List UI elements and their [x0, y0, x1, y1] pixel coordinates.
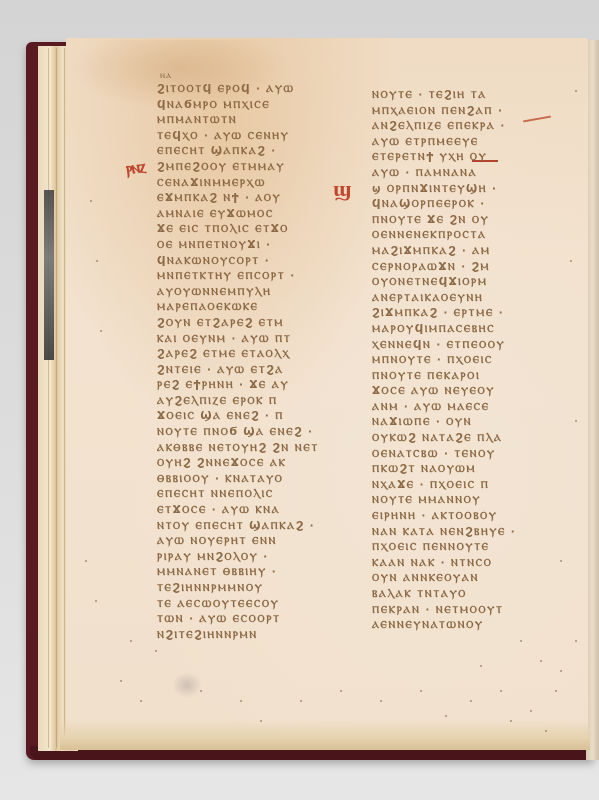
- text-line: ⲞⲈⲚⲀⲦⲤⲂⲰ · ⲦⲈⲚⲞⲨ: [372, 447, 516, 463]
- text-line: ⲘⲚⲠⲈⲦⲔⲦⲎⲨ ⲈⲠⲤⲞⲢⲦ ·: [157, 269, 319, 285]
- text-line: ϨⲀⲢⲈϨ ⲈⲦⲘⲈ ⲈⲦⲀⲞⲖⲬ: [157, 347, 319, 363]
- foxing-spot: [530, 710, 532, 712]
- text-line: ⲠⲬⲞⲈⲒⲤ ⲠⲈⲚⲚⲞⲨⲦⲈ: [372, 540, 516, 556]
- text-line: ⲀⲨⲞⲨⲰⲚⲚⲈⲘⲠⲨⲖⲎ: [157, 285, 319, 301]
- text-line: ϨⲒⲦⲞⲞⲦϤ ⲈⲢⲞϤ · ⲀⲨⲰ: [157, 82, 319, 98]
- text-line: ⲔⲀⲒ ⲞⲈⲨⲚⲘ · ⲀⲨⲰ ⲠⲦ: [157, 332, 319, 348]
- text-line: ⲚⲀϪⲒⲰⲠⲈ · ⲞⲨⲚ: [372, 415, 516, 431]
- text-line: ⲠⲔⲰϨⲦ ⲚⲀⲞⲨⲰⲘ: [372, 462, 516, 478]
- text-line: ϪⲈ ⲈⲒⲤ ⲦⲠⲞⲖⲒⲤ ⲈⲦϪⲞ: [157, 222, 319, 238]
- text-line: ⲠⲚⲞⲨⲦⲈ ⲠⲈⲔⲀⲢⲞⲒ: [372, 369, 516, 385]
- text-line: ϤⲚⲀϢⲞⲢⲠⲈⲈⲢⲞⲔ ·: [372, 197, 516, 213]
- margin-rubric-number: ⲣⲛⲍ: [125, 157, 146, 179]
- text-line: ⲞⲈⲚⲚⲈⲚⲈⲔⲠⲢⲞⲤⲦⲀ: [372, 228, 516, 244]
- foxing-spot: [470, 700, 472, 702]
- foxing-spot: [240, 700, 242, 702]
- text-line: ⲘⲠⲚⲞⲨⲦⲈ · ⲠⲬⲞⲈⲒⲤ: [372, 353, 516, 369]
- text-line: ⲦⲈ ⲀⲈⲤⲰⲞⲨⲦⲈⲈⲤⲞⲨ: [157, 597, 319, 613]
- text-line: ⲘⲘⲚⲀⲚⲈⲦ ⲐⲂⲂⲒⲎⲨ ·: [157, 565, 319, 581]
- text-line: ϣ ⲞⲢⲠⲚϪⲒⲚⲦⲈⲨϢⲎ ·: [372, 182, 516, 198]
- text-line: ⲤⲈⲚⲀϪⲒⲚⲘⲘⲈⲢⲬⲰ: [157, 176, 319, 192]
- foxing-spot: [520, 640, 522, 642]
- text-line: ⲈⲒⲢⲎⲚⲎ · ⲀⲔⲦⲞⲞⲂⲞⲨ: [372, 509, 516, 525]
- foxing-spot: [560, 560, 562, 562]
- foxing-spot: [120, 680, 122, 682]
- foxing-spot: [90, 200, 92, 202]
- text-line: ⲀⲚⲘ · ⲀⲨⲰ ⲘⲀⲈⲤⲈ: [372, 400, 516, 416]
- text-line: ⲠⲚⲞⲨⲦⲈ ϪⲈ ϨⲚ ⲞⲨ: [372, 213, 516, 229]
- text-line: ϨⲘⲠⲈϨⲞⲞⲨ ⲈⲦⲘⲘⲀⲨ: [157, 160, 319, 176]
- foxing-spot: [510, 720, 512, 722]
- foxing-spot: [155, 650, 157, 652]
- text-line: ⲚⲀⲚ ⲔⲀⲦⲀ ⲚⲈⲚϨⲂⲎⲨⲈ ·: [372, 525, 516, 541]
- text-line: ⲀⲔⲐⲂⲂⲈ ⲚⲈⲦⲞⲨⲎϨ ϨⲚ ⲚⲈⲦ: [157, 441, 319, 457]
- text-line: ϤⲚⲀⲔⲰⲚⲞⲨⲤⲞⲢⲦ ·: [157, 254, 319, 270]
- text-line: ⲞⲨⲚ ⲀⲚⲚⲔⲈⲞⲨⲀⲚ: [372, 571, 516, 587]
- text-line: ϪⲞⲤⲈ ⲀⲨⲰ ⲚⲈⲨⲈⲞⲨ: [372, 384, 516, 400]
- text-line: ⲚⲞⲨⲦⲈ ⲘⲘⲀⲚⲚⲞⲨ: [372, 493, 516, 509]
- foxing-spot: [570, 260, 572, 262]
- ink-smudge: [172, 672, 202, 698]
- text-line: ⲂⲀⲖⲀⲔ ⲦⲚⲦⲀⲨⲞ: [372, 587, 516, 603]
- text-line: ⲘⲀϨⲒϪⲘⲠⲔⲀϨ · ⲀⲘ: [372, 244, 516, 260]
- foxing-spot: [575, 640, 577, 642]
- text-column-left: ϨⲒⲦⲞⲞⲦϤ ⲈⲢⲞϤ · ⲀⲨⲰϤⲚⲀϬⲘⲢⲞ ⲘⲠⲬⲒⲤⲈⲘⲠⲘⲀⲚⲦⲰⲦ…: [157, 82, 319, 643]
- foxing-spot: [100, 330, 102, 332]
- foxing-spot: [555, 690, 557, 692]
- text-line: ϪⲞⲈⲒⲤ ϢⲀ ⲈⲚⲈϨ · Ⲡ: [157, 409, 319, 425]
- foxing-spot: [300, 700, 302, 702]
- foxing-spot: [420, 690, 422, 692]
- folio-number: ⲛⲁ: [160, 70, 172, 81]
- text-line: ⲞⲈ ⲘⲚⲠⲈⲦⲚⲞⲨϪⲒ ·: [157, 238, 319, 254]
- foxing-spot: [380, 700, 382, 702]
- foxing-spot: [575, 420, 577, 422]
- leaf-edge-line: [48, 48, 49, 748]
- decorated-initial: ϣ: [333, 176, 351, 202]
- foxing-spot: [575, 90, 577, 92]
- foxing-spot: [130, 640, 132, 642]
- leaf-edge-line: [64, 48, 65, 748]
- text-line: ⲘⲠⲬⲀⲈⲒⲞⲚ ⲠⲈⲚϨⲀⲠ ·: [372, 104, 516, 120]
- text-line: ⲚⲦⲞⲨ ⲈⲠⲈⲤⲎⲦ ϢⲀⲠⲔⲀϨ ·: [157, 519, 319, 535]
- text-line: ⲬⲈⲚⲚⲈϤⲚ · ⲈⲦⲠⲈⲞⲞⲨ: [372, 338, 516, 354]
- text-line: ⲐⲂⲂⲒⲞⲞⲨ · ⲔⲚⲀⲦⲀⲨⲞ: [157, 472, 319, 488]
- text-line: ⲞⲨⲞⲚⲈⲦⲚⲈϤϪⲒⲞⲢⲘ: [372, 275, 516, 291]
- text-line: ⲀⲚϨⲈⲖⲠⲒⲌⲈ ⲈⲠⲈⲔⲢⲀ ·: [372, 119, 516, 135]
- text-line: ϤⲚⲀϬⲘⲢⲞ ⲘⲠⲬⲒⲤⲈ: [157, 98, 319, 114]
- text-line: ⲢⲈϨ ⲈϮⲢⲎⲚⲎ · ϪⲈ ⲀⲨ: [157, 378, 319, 394]
- text-line: ⲀⲨⲰ ⲚⲞⲨⲈⲢⲎⲦ ⲈⲚⲚ: [157, 534, 319, 550]
- text-line: ⲀⲈⲚⲚⲈⲨⲚⲀⲦⲰⲚⲞⲨ: [372, 618, 516, 634]
- text-line: ϨⲞⲨⲚ ⲈⲦϨⲀⲢⲈϨ ⲈⲦⲘ: [157, 316, 319, 332]
- text-line: ⲘⲠⲘⲀⲚⲦⲰⲦⲚ: [157, 113, 319, 129]
- foxing-spot: [340, 690, 342, 692]
- foxing-spot: [500, 690, 502, 692]
- text-line: ⲚⲞⲨⲦⲈ · ⲦⲈϨⲒⲎ ⲦⲀ: [372, 88, 516, 104]
- text-line: ϨⲚⲦⲈⲒⲈ · ⲀⲨⲰ ⲈⲦϨⲀ: [157, 363, 319, 379]
- text-line: ⲤⲈⲢⲚⲞⲢⲀⲰϪⲚ · ϨⲘ: [372, 260, 516, 276]
- text-line: ⲠⲈⲔⲢⲀⲚ · ⲚⲈⲦⲘⲞⲞⲨⲦ: [372, 603, 516, 619]
- foxing-spot: [96, 260, 98, 262]
- foxing-spot: [95, 600, 97, 602]
- foxing-spot: [200, 690, 202, 692]
- text-line: ⲞⲨⲔⲰϨ ⲚⲀⲦⲀϨⲈ ⲠⲖⲀ: [372, 431, 516, 447]
- leaf-edge-line: [56, 48, 57, 748]
- text-line: ⲀⲨϨⲈⲖⲠⲒⲌⲈ ⲈⲢⲞⲔ Ⲡ: [157, 394, 319, 410]
- text-line: ⲈⲠⲈⲤⲎⲦ ⲚⲚⲈⲠⲞⲖⲒⲤ: [157, 487, 319, 503]
- text-line: ⲔⲀⲀⲚ ⲚⲀⲔ · ⲚⲦⲚⲤⲞ: [372, 556, 516, 572]
- text-line: ⲚⲞⲨⲦⲈ ⲠⲚⲞϬ ϢⲀ ⲈⲚⲈϨ ·: [157, 425, 319, 441]
- text-line: ⲦⲈϤⲬⲞ · ⲀⲨⲰ ⲤⲈⲚⲎⲨ: [157, 129, 319, 145]
- foxing-spot: [545, 730, 547, 732]
- foxing-spot: [260, 720, 262, 722]
- text-line: ⲈⲦⲈⲢⲈⲦⲚϮ ⲨⲬⲎ ⲞⲨ: [372, 150, 516, 166]
- page-bottom-edge: [60, 720, 590, 750]
- foxing-spot: [85, 560, 87, 562]
- foxing-spot: [140, 700, 142, 702]
- text-line: ⲈⲠⲈⲤⲎⲦ ϢⲀⲠⲔⲀϨ ·: [157, 144, 319, 160]
- text-line: ⲈⲦϪⲞⲤⲈ · ⲀⲨⲰ ⲔⲚⲀ: [157, 503, 319, 519]
- dark-strip-marker: [44, 190, 54, 360]
- text-line: ⲚϨⲒⲦⲈϨⲒⲎⲚⲚⲢⲘⲚ: [157, 628, 319, 644]
- foxing-spot: [480, 665, 482, 667]
- text-line: ⲚⲬⲀϪⲈ · ⲠⲬⲞⲈⲒⲤ Ⲡ: [372, 478, 516, 494]
- text-line: ⲦⲈϨⲒⲎⲚⲚⲢⲘⲘⲚⲞⲨ: [157, 581, 319, 597]
- foxing-spot: [560, 670, 562, 672]
- text-line: ⲀⲨⲰ · ⲠⲀⲘⲚⲀⲚⲀ: [372, 166, 516, 182]
- text-line: ⲢⲒⲢⲀⲨ ⲘⲚϨⲞⲖⲞⲨ ·: [157, 550, 319, 566]
- text-line: ⲘⲀⲢⲞⲨϤⲒⲘⲠⲀⲤⲈⲂⲎⲤ: [372, 322, 516, 338]
- text-line: ⲀⲚⲈⲢⲦⲀⲒⲔⲀⲞⲈⲨⲚⲎ: [372, 291, 516, 307]
- text-line: ⲘⲀⲢⲈⲠⲀⲞⲈⲔⲰⲔⲈ: [157, 300, 319, 316]
- foxing-spot: [445, 715, 447, 717]
- text-line: ⲈϪⲘⲠⲔⲀϨ ⲚϮ · ⲀⲞⲨ: [157, 191, 319, 207]
- text-line: ϨⲒϪⲘⲠⲔⲀϨ · ⲈⲢⲦⲘⲈ ·: [372, 306, 516, 322]
- foxing-spot: [540, 660, 542, 662]
- text-column-right: ⲚⲞⲨⲦⲈ · ⲦⲈϨⲒⲎ ⲦⲀⲘⲠⲬⲀⲈⲒⲞⲚ ⲠⲈⲚϨⲀⲠ ·ⲀⲚϨⲈⲖⲠⲒ…: [372, 88, 516, 634]
- text-line: ⲀⲨⲰ ⲈⲦⲢⲠⲘⲈⲈⲨⲈ: [372, 135, 516, 151]
- text-line: ⲦⲰⲚ · ⲀⲨⲰ ⲈⲤⲞⲞⲢⲦ: [157, 612, 319, 628]
- text-line: ⲀⲘⲚⲀⲒⲈ ⲈⲨϪⲰⲘⲞⲤ: [157, 207, 319, 223]
- text-line: ⲞⲨⲎϨ ϨⲚⲚⲈϪⲞⲤⲈ ⲀⲔ: [157, 456, 319, 472]
